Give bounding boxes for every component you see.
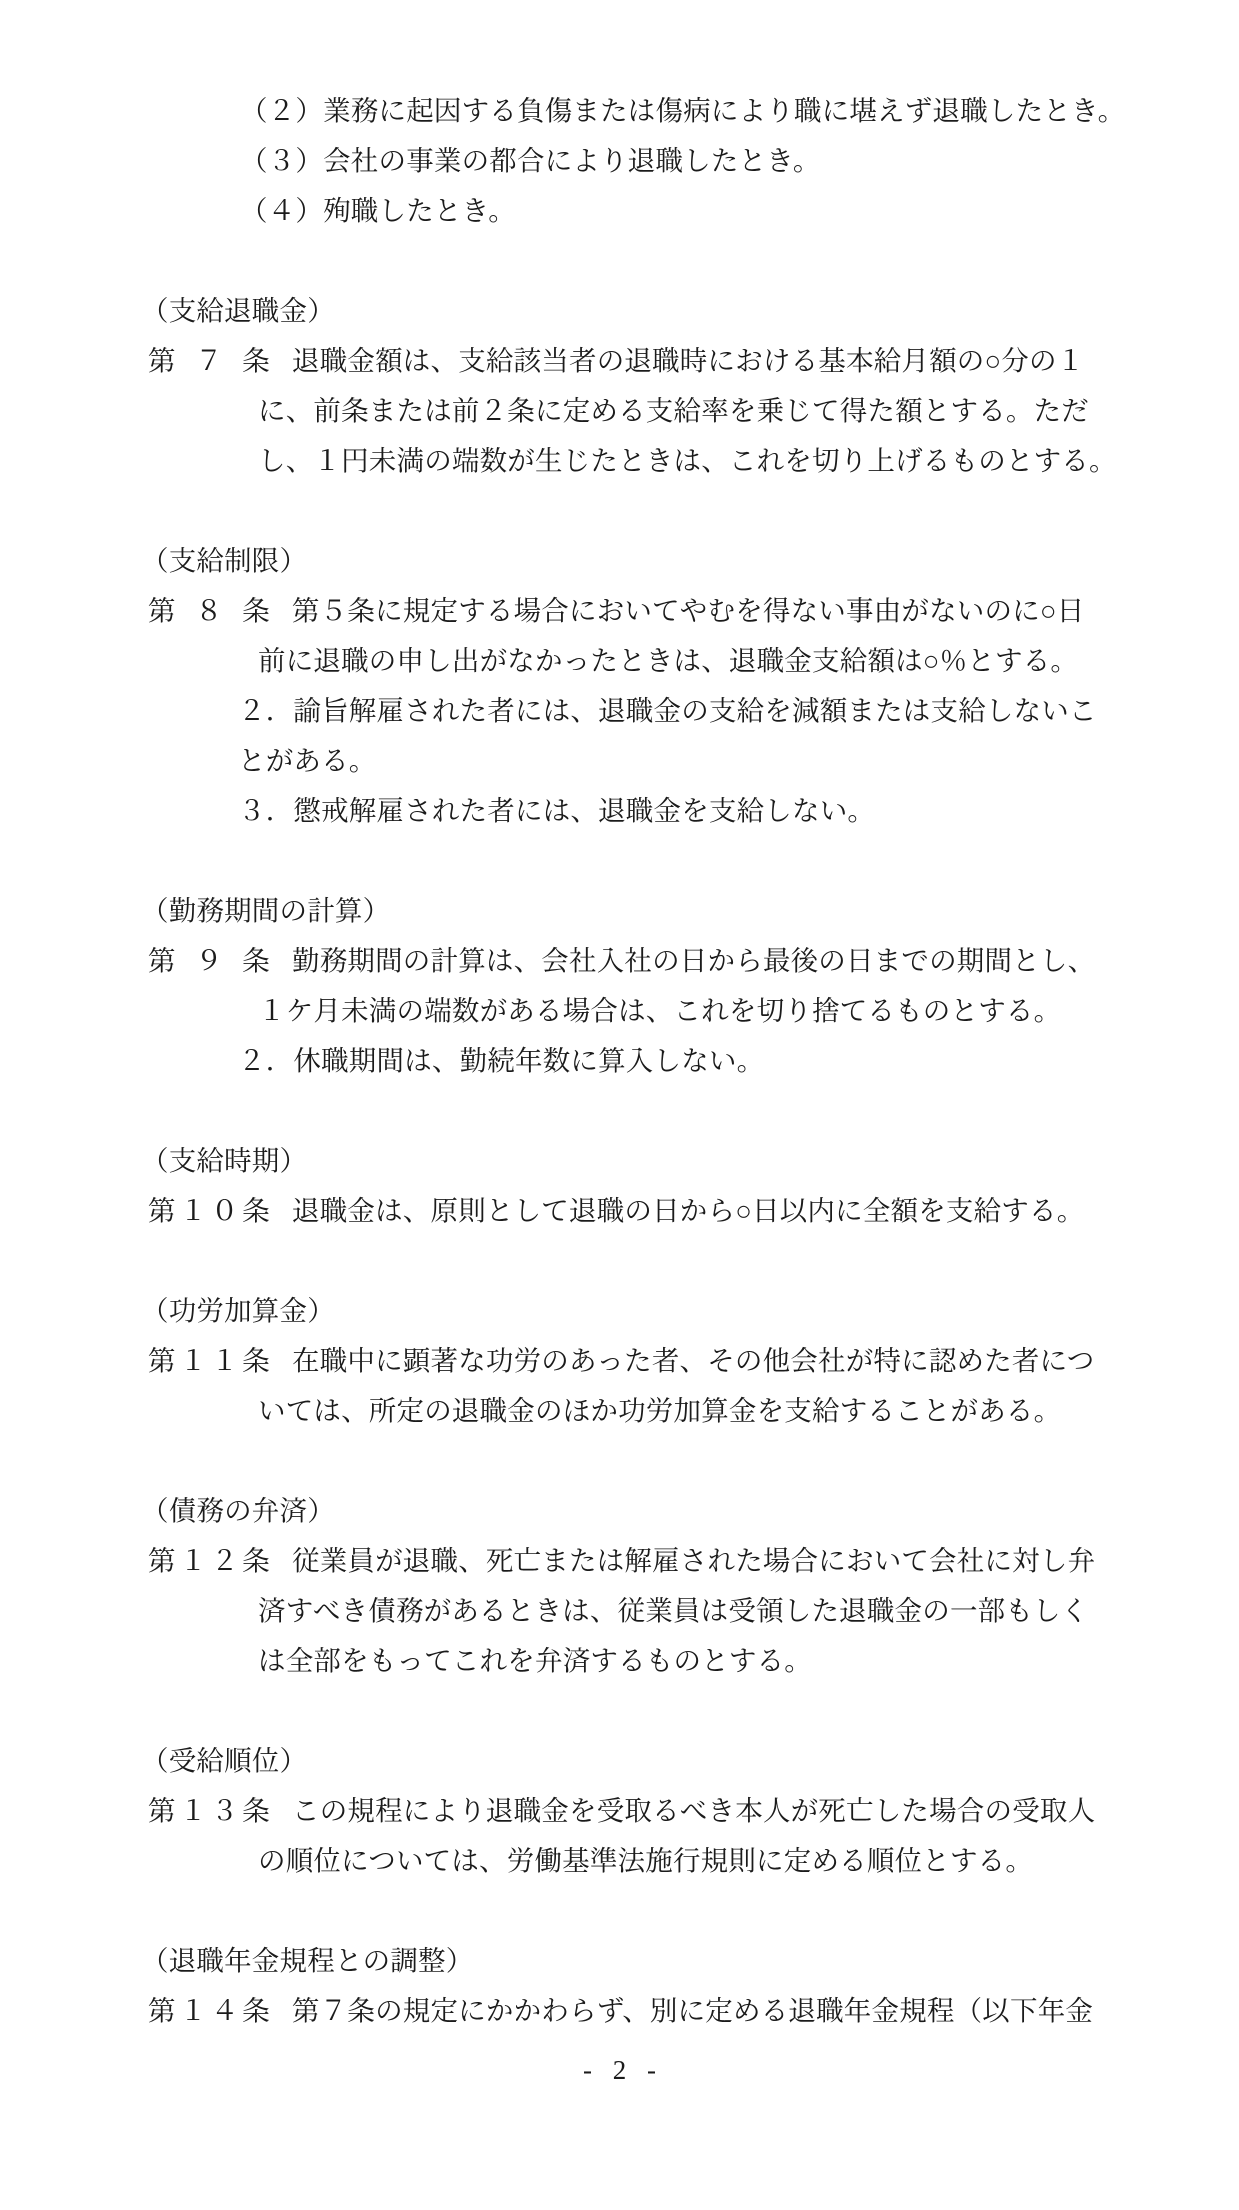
section-heading: （退職年金規程との調整）	[141, 1936, 1239, 1986]
blank-line	[0, 1886, 1239, 1936]
article-text: 退職金は、原則として退職の日から○日以内に全額を支給する。	[292, 1195, 1084, 1226]
document-page: { "page": { "number_label": "- 2 -" }, "…	[0, 0, 1239, 2210]
article-continuation-line: は全部をもってこれを弁済するものとする。	[258, 1636, 1239, 1686]
article-continuation-line: の順位については、労働基準法施行規則に定める順位とする。	[258, 1836, 1239, 1886]
article-number: 第 ９ 条	[148, 936, 270, 986]
section-heading: （債務の弁済）	[141, 1486, 1239, 1536]
article-number: 第 ８ 条	[148, 586, 270, 636]
page-number: - 2 -	[0, 2045, 1239, 2095]
article-line: 第 ９ 条勤務期間の計算は、会社入社の日から最後の日までの期間とし、	[148, 936, 1239, 986]
document-body: （２）業務に起因する負傷または傷病により職に堪えず退職したとき。（３）会社の事業…	[0, 0, 1239, 2036]
article-text: 勤務期間の計算は、会社入社の日から最後の日までの期間とし、	[292, 945, 1095, 976]
section-heading: （支給制限）	[141, 536, 1239, 586]
blank-line	[0, 836, 1239, 886]
article-line: 第１２条従業員が退職、死亡または解雇された場合において会社に対し弁	[148, 1536, 1239, 1586]
article-number: 第１２条	[148, 1536, 270, 1586]
article-number: 第１１条	[148, 1336, 270, 1386]
article-continuation-line: 済すべき債務があるときは、従業員は受領した退職金の一部もしく	[258, 1586, 1239, 1636]
blank-line	[0, 236, 1239, 286]
blank-line	[0, 1236, 1239, 1286]
list-item-line: （２）業務に起因する負傷または傷病により職に堪えず退職したとき。	[240, 86, 1239, 136]
article-text: 第５条に規定する場合においてやむを得ない事由がないのに○日	[292, 595, 1084, 626]
article-line: 第１０条退職金は、原則として退職の日から○日以内に全額を支給する。	[148, 1186, 1239, 1236]
article-text: 従業員が退職、死亡または解雇された場合において会社に対し弁	[292, 1545, 1095, 1576]
article-text: 退職金額は、支給該当者の退職時における基本給月額の○分の１	[292, 345, 1084, 376]
article-number: 第１４条	[148, 1986, 270, 2036]
list-item-line: （４）殉職したとき。	[240, 186, 1239, 236]
section-heading: （支給退職金）	[141, 286, 1239, 336]
article-subitem-line: ２．休職期間は、勤続年数に算入しない。	[238, 1036, 1239, 1086]
article-continuation-line: 前に退職の申し出がなかったときは、退職金支給額は○％とする。	[258, 636, 1239, 686]
section-heading: （受給順位）	[141, 1736, 1239, 1786]
section-heading: （支給時期）	[141, 1136, 1239, 1186]
article-number: 第 ７ 条	[148, 336, 270, 386]
article-line: 第 ８ 条第５条に規定する場合においてやむを得ない事由がないのに○日	[148, 586, 1239, 636]
article-number: 第１０条	[148, 1186, 270, 1236]
article-text: 第７条の規定にかかわらず、別に定める退職年金規程（以下年金	[292, 1995, 1093, 2026]
blank-line	[0, 1686, 1239, 1736]
blank-line	[0, 1086, 1239, 1136]
article-subitem-line: ２．諭旨解雇された者には、退職金の支給を減額または支給しないこ	[238, 686, 1239, 736]
article-continuation-line: し、１円未満の端数が生じたときは、これを切り上げるものとする。	[258, 436, 1239, 486]
article-line: 第１１条在職中に顕著な功労のあった者、その他会社が特に認めた者につ	[148, 1336, 1239, 1386]
section-heading: （功労加算金）	[141, 1286, 1239, 1336]
article-text: 在職中に顕著な功労のあった者、その他会社が特に認めた者につ	[292, 1345, 1094, 1376]
article-continuation-line: １ケ月未満の端数がある場合は、これを切り捨てるものとする。	[258, 986, 1239, 1036]
list-item-line: （３）会社の事業の都合により退職したとき。	[240, 136, 1239, 186]
article-continuation-line: に、前条または前２条に定める支給率を乗じて得た額とする。ただ	[258, 386, 1239, 436]
article-subitem-line: ３．懲戒解雇された者には、退職金を支給しない。	[238, 786, 1239, 836]
blank-line	[0, 1436, 1239, 1486]
article-subitem-line: とがある。	[238, 736, 1239, 786]
blank-line	[0, 486, 1239, 536]
article-number: 第１３条	[148, 1786, 270, 1836]
article-line: 第１３条この規程により退職金を受取るべき本人が死亡した場合の受取人	[148, 1786, 1239, 1836]
article-line: 第１４条第７条の規定にかかわらず、別に定める退職年金規程（以下年金	[148, 1986, 1239, 2036]
article-continuation-line: いては、所定の退職金のほか功労加算金を支給することがある。	[258, 1386, 1239, 1436]
article-line: 第 ７ 条退職金額は、支給該当者の退職時における基本給月額の○分の１	[148, 336, 1239, 386]
article-text: この規程により退職金を受取るべき本人が死亡した場合の受取人	[292, 1795, 1095, 1826]
section-heading: （勤務期間の計算）	[141, 886, 1239, 936]
